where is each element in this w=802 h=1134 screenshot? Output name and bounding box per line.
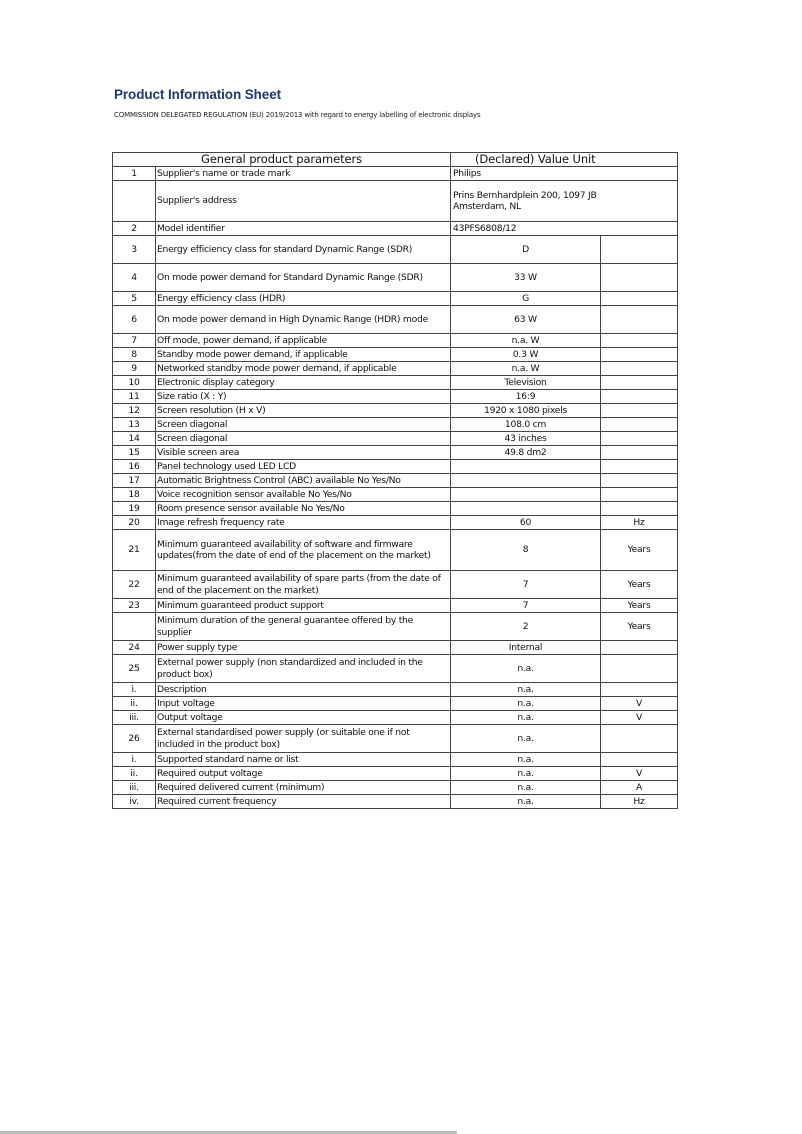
row-number: i. <box>113 683 156 697</box>
row-number: 13 <box>113 418 156 432</box>
table-row: 12Screen resolution (H x V)1920 x 1080 p… <box>113 404 678 418</box>
declared-value: 7 <box>451 599 601 613</box>
parameter-label: Energy efficiency class for standard Dyn… <box>156 236 451 264</box>
row-number: 23 <box>113 599 156 613</box>
declared-value: n.a. W <box>451 334 601 348</box>
row-number: 11 <box>113 390 156 404</box>
parameter-label: Off mode, power demand, if applicable <box>156 334 451 348</box>
row-number: 19 <box>113 502 156 516</box>
declared-value: 60 <box>451 516 601 530</box>
parameter-label: Required output voltage <box>156 767 451 781</box>
value-unit <box>601 655 678 683</box>
table-row: ii.Input voltagen.a.V <box>113 697 678 711</box>
table-row: 3Energy efficiency class for standard Dy… <box>113 236 678 264</box>
parameter-label: Screen diagonal <box>156 418 451 432</box>
table-row: 19Room presence sensor available No Yes/… <box>113 502 678 516</box>
parameter-label: Power supply type <box>156 641 451 655</box>
declared-value: n.a. <box>451 683 601 697</box>
row-number: 7 <box>113 334 156 348</box>
declared-value: 108.0 cm <box>451 418 601 432</box>
parameter-label: Minimum guaranteed availability of softw… <box>156 530 451 571</box>
value-unit <box>601 432 678 446</box>
row-number: 5 <box>113 292 156 306</box>
value-unit <box>601 236 678 264</box>
declared-value <box>451 460 601 474</box>
table-row: 15Visible screen area49.8 dm2 <box>113 446 678 460</box>
parameter-label: Minimum duration of the general guarante… <box>156 613 451 641</box>
row-number: 24 <box>113 641 156 655</box>
parameter-label: Minimum guaranteed availability of spare… <box>156 571 451 599</box>
table-row: 14Screen diagonal43 inches <box>113 432 678 446</box>
row-number: 14 <box>113 432 156 446</box>
parameter-label: Automatic Brightness Control (ABC) avail… <box>156 474 451 488</box>
row-number: iv. <box>113 795 156 809</box>
table-row: i. Supported standard name or listn.a. <box>113 753 678 767</box>
row-number: iii. <box>113 711 156 725</box>
parameter-label: Networked standby mode power demand, if … <box>156 362 451 376</box>
parameter-label: External power supply (non standardized … <box>156 655 451 683</box>
table-row: 23Minimum guaranteed product support7Yea… <box>113 599 678 613</box>
table-header-row: General product parameters (Declared) Va… <box>113 153 678 167</box>
value-unit <box>601 474 678 488</box>
row-number: 6 <box>113 306 156 334</box>
declared-value: n.a. <box>451 753 601 767</box>
value-unit <box>601 362 678 376</box>
table-row: 1Supplier's name or trade markPhilips <box>113 167 678 181</box>
value-unit <box>601 725 678 753</box>
row-number: 25 <box>113 655 156 683</box>
table-row: iii.Output voltagen.a.V <box>113 711 678 725</box>
value-unit: Years <box>601 530 678 571</box>
parameter-label: Screen diagonal <box>156 432 451 446</box>
page-title: Product Information Sheet <box>114 87 281 102</box>
table-row: 18Voice recognition sensor available No … <box>113 488 678 502</box>
parameter-label: Panel technology used LED LCD <box>156 460 451 474</box>
value-unit <box>601 683 678 697</box>
row-number: ii. <box>113 697 156 711</box>
declared-value: Internal <box>451 641 601 655</box>
table-row: 16Panel technology used LED LCD <box>113 460 678 474</box>
value-unit: Hz <box>601 516 678 530</box>
row-number: 20 <box>113 516 156 530</box>
parameter-label: Supported standard name or list <box>156 753 451 767</box>
product-information-table: General product parameters (Declared) Va… <box>112 152 678 809</box>
parameter-label: Electronic display category <box>156 376 451 390</box>
value-unit <box>601 641 678 655</box>
declared-value: 43PFS6808/12 <box>451 222 678 236</box>
declared-value: n.a. <box>451 697 601 711</box>
value-unit <box>601 376 678 390</box>
row-number: 26 <box>113 725 156 753</box>
declared-value: Philips <box>451 167 678 181</box>
declared-value: 43 inches <box>451 432 601 446</box>
table-row: 2Model identifier43PFS6808/12 <box>113 222 678 236</box>
table-row: 24Power supply typeInternal <box>113 641 678 655</box>
parameter-label: External standardised power supply (or s… <box>156 725 451 753</box>
declared-value <box>451 488 601 502</box>
parameter-label: Minimum guaranteed product support <box>156 599 451 613</box>
value-unit <box>601 488 678 502</box>
declared-value: D <box>451 236 601 264</box>
value-unit: Years <box>601 571 678 599</box>
value-unit <box>601 306 678 334</box>
header-declared-value-unit: (Declared) Value Unit <box>451 153 678 167</box>
value-unit <box>601 390 678 404</box>
row-number: ii. <box>113 767 156 781</box>
value-unit: Years <box>601 613 678 641</box>
table-row: 13Screen diagonal108.0 cm <box>113 418 678 432</box>
declared-value: 7 <box>451 571 601 599</box>
table-row: Supplier's addressPrins Bernhardplein 20… <box>113 181 678 222</box>
declared-value: n.a. <box>451 781 601 795</box>
declared-value: 16:9 <box>451 390 601 404</box>
parameter-label: On mode power demand for Standard Dynami… <box>156 264 451 292</box>
declared-value: 33 W <box>451 264 601 292</box>
row-number: 15 <box>113 446 156 460</box>
parameter-label: Model identifier <box>156 222 451 236</box>
value-unit: Years <box>601 599 678 613</box>
declared-value: 0.3 W <box>451 348 601 362</box>
value-unit: V <box>601 697 678 711</box>
value-unit <box>601 446 678 460</box>
parameter-label: Supplier's name or trade mark <box>156 167 451 181</box>
row-number: i. <box>113 753 156 767</box>
row-number: 8 <box>113 348 156 362</box>
declared-value: n.a. <box>451 711 601 725</box>
parameter-label: Input voltage <box>156 697 451 711</box>
table-row: 21Minimum guaranteed availability of sof… <box>113 530 678 571</box>
value-unit: V <box>601 711 678 725</box>
parameter-label: Voice recognition sensor available No Ye… <box>156 488 451 502</box>
row-number: 2 <box>113 222 156 236</box>
value-unit <box>601 292 678 306</box>
parameter-label: Room presence sensor available No Yes/No <box>156 502 451 516</box>
row-number: iii. <box>113 781 156 795</box>
value-unit <box>601 348 678 362</box>
parameter-label: Output voltage <box>156 711 451 725</box>
value-unit <box>601 334 678 348</box>
value-unit: V <box>601 767 678 781</box>
table-row: 4On mode power demand for Standard Dynam… <box>113 264 678 292</box>
table-row: 6On mode power demand in High Dynamic Ra… <box>113 306 678 334</box>
parameter-label: Image refresh frequency rate <box>156 516 451 530</box>
table-row: 8Standby mode power demand, if applicabl… <box>113 348 678 362</box>
value-unit: Hz <box>601 795 678 809</box>
value-unit <box>601 753 678 767</box>
row-number: 3 <box>113 236 156 264</box>
table-row: Minimum duration of the general guarante… <box>113 613 678 641</box>
regulation-subtitle: COMMISSION DELEGATED REGULATION (EU) 201… <box>114 111 480 119</box>
declared-value: 1920 x 1080 pixels <box>451 404 601 418</box>
table-row: 17Automatic Brightness Control (ABC) ava… <box>113 474 678 488</box>
table-row: iii.Required delivered current (minimum)… <box>113 781 678 795</box>
parameter-label: Required delivered current (minimum) <box>156 781 451 795</box>
declared-value: n.a. W <box>451 362 601 376</box>
declared-value: 49.8 dm2 <box>451 446 601 460</box>
row-number: 1 <box>113 167 156 181</box>
declared-value: G <box>451 292 601 306</box>
table-row: 10Electronic display categoryTelevision <box>113 376 678 390</box>
parameter-label: Description <box>156 683 451 697</box>
parameter-label: On mode power demand in High Dynamic Ran… <box>156 306 451 334</box>
row-number: 4 <box>113 264 156 292</box>
row-number: 21 <box>113 530 156 571</box>
row-number: 9 <box>113 362 156 376</box>
parameter-label: Visible screen area <box>156 446 451 460</box>
parameter-label: Supplier's address <box>156 181 451 222</box>
declared-value <box>451 474 601 488</box>
row-number: 18 <box>113 488 156 502</box>
table-row: 22Minimum guaranteed availability of spa… <box>113 571 678 599</box>
declared-value: n.a. <box>451 725 601 753</box>
table-row: 26External standardised power supply (or… <box>113 725 678 753</box>
table-row: ii.Required output voltagen.a.V <box>113 767 678 781</box>
table-row: 7Off mode, power demand, if applicablen.… <box>113 334 678 348</box>
value-unit <box>601 404 678 418</box>
table-row: iv. Required current frequencyn.a.Hz <box>113 795 678 809</box>
declared-value <box>451 502 601 516</box>
table-row: i.Descriptionn.a. <box>113 683 678 697</box>
value-unit: A <box>601 781 678 795</box>
row-number: 16 <box>113 460 156 474</box>
parameter-label: Size ratio (X : Y) <box>156 390 451 404</box>
row-number: 12 <box>113 404 156 418</box>
declared-value: n.a. <box>451 795 601 809</box>
parameter-label: Screen resolution (H x V) <box>156 404 451 418</box>
row-number <box>113 181 156 222</box>
table-row: 25External power supply (non standardize… <box>113 655 678 683</box>
value-unit <box>601 460 678 474</box>
table-row: 9Networked standby mode power demand, if… <box>113 362 678 376</box>
row-number: 17 <box>113 474 156 488</box>
row-number <box>113 613 156 641</box>
row-number: 22 <box>113 571 156 599</box>
declared-value: 63 W <box>451 306 601 334</box>
value-unit <box>601 264 678 292</box>
declared-value: 2 <box>451 613 601 641</box>
declared-value: 8 <box>451 530 601 571</box>
parameter-label: Required current frequency <box>156 795 451 809</box>
declared-value: n.a. <box>451 655 601 683</box>
header-general-product-parameters: General product parameters <box>113 153 451 167</box>
parameter-label: Energy efficiency class (HDR) <box>156 292 451 306</box>
table-row: 5Energy efficiency class (HDR)G <box>113 292 678 306</box>
declared-value: Prins Bernhardplein 200, 1097 JB Amsterd… <box>451 181 678 222</box>
parameter-label: Standby mode power demand, if applicable <box>156 348 451 362</box>
table-row: 11Size ratio (X : Y)16:9 <box>113 390 678 404</box>
declared-value: Television <box>451 376 601 390</box>
value-unit <box>601 502 678 516</box>
row-number: 10 <box>113 376 156 390</box>
declared-value: n.a. <box>451 767 601 781</box>
table-row: 20Image refresh frequency rate60Hz <box>113 516 678 530</box>
value-unit <box>601 418 678 432</box>
